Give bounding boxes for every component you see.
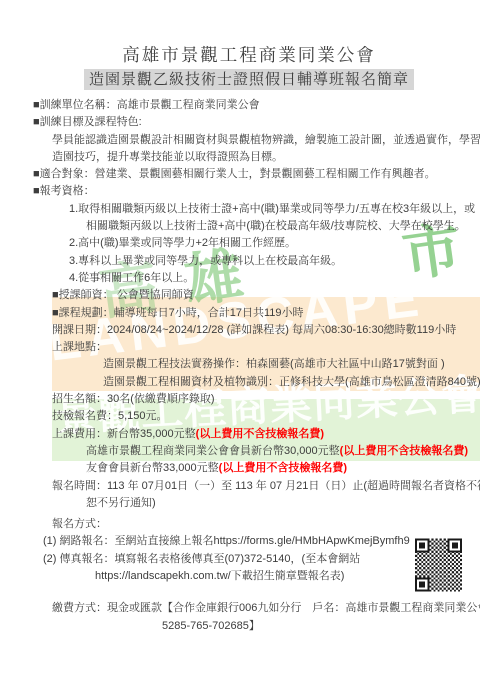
line-qualification-1b: 相關職類丙級以上技術士證+高中(職)在校最高年級/技專院校、大學在校學生。 <box>33 218 465 235</box>
association-website-link[interactable]: https://landscapekh.com.tw/ <box>95 570 231 582</box>
line-signup-time-1: 報名時間：113 年 07月01日（一）至 113 年 07 月21日（日）止(… <box>33 478 465 495</box>
line-bank-account: 5285-765-702685】 <box>33 618 465 635</box>
line-fee-1: 上課費用：新台幣35,000元整(以上費用不含技檢報名費) <box>33 426 465 443</box>
fee-1-note: (以上費用不含技檢報名費) <box>196 428 324 440</box>
line-signup-header: 報名方式： <box>33 516 465 533</box>
line-signup-fax-2: https://landscapekh.com.tw/下載招生簡章暨報名表) <box>33 568 465 585</box>
line-qualification-1a: 1.取得相關職類丙級以上技術士證+高中(職)畢業或同等學力/五專在校3年級以上，… <box>33 201 465 218</box>
line-fee-2: 高雄市景觀工程商業同業公會會員新台幣30,000元整(以上費用不含技檢報名費) <box>33 443 465 460</box>
line-exam-fee: 技檢報名費：5,150元。 <box>33 408 465 425</box>
line-location-2: 造園景觀工程相關資材及植物識別：正修科技大學(高雄市鳥松區澄清路840號) <box>33 374 465 391</box>
line-goal-1: 學員能認識造園景觀設計相關資材與景觀植物辨識，繪製施工設計圖，並透過實作，學習 <box>33 132 465 149</box>
line-teachers: ■授課師資： 公會暨協同師資 <box>33 287 465 304</box>
page-subtitle: 造園景觀乙級技術士證照假日輔導班報名簡章 <box>84 69 414 90</box>
line-training-unit: ■訓練單位名稱：高雄市景觀工程商業同業公會 <box>33 97 465 114</box>
line-fee-3: 友會會員新台幣33,000元整(以上費用不含技檢報名費) <box>33 460 465 477</box>
fee-2-note: (以上費用不含技檢報名費) <box>340 445 468 457</box>
line-quota: 招生名額：30名(依繳費順序錄取) <box>33 391 465 408</box>
line-payment-method: 繳費方式：現金或匯款【合作金庫銀行006九如分行 戶名：高雄市景觀工程商業同業公… <box>33 600 465 617</box>
fee-3-note: (以上費用不含技檢報名費) <box>219 462 347 474</box>
line-qualification-2: 2.高中(職)畢業或同等學力+2年相關工作經歷。 <box>33 235 465 252</box>
line-qualification-header: ■報考資格： <box>33 183 465 200</box>
subtitle-row: 造園景觀乙級技術士證照假日輔導班報名簡章 <box>33 69 465 93</box>
fee-3-text: 友會會員新台幣33,000元整 <box>86 462 219 474</box>
signup-fax-suffix: 下載招生簡章暨報名表) <box>231 570 345 582</box>
line-schedule: 開課日期：2024/08/24~2024/12/28 (詳如課程表) 每周六08… <box>33 322 465 339</box>
enrollment-flyer: 高 雄 市 LANDSCAPE 景觀工程商業同業公會 高雄市景觀工程商業同業公會… <box>0 0 480 678</box>
line-course-plan: ■課程規劃：輔導班每日7小時，合計17日共119小時 <box>33 305 465 322</box>
page-title: 高雄市景觀工程商業同業公會 <box>33 44 465 67</box>
qr-code <box>415 538 462 592</box>
line-goal-2: 造園技巧，提升專業技能並以取得證照為目標。 <box>33 149 465 166</box>
signup-online-label: (1) 網路報名：至網站直接線上報名 <box>43 535 214 547</box>
fee-2-text: 高雄市景觀工程商業同業公會會員新台幣30,000元整 <box>86 445 340 457</box>
registration-form-link[interactable]: https://forms.gle/HMbHApwKmejBymfh9 <box>214 535 410 547</box>
line-goal-header: ■訓練目標及課程特色: <box>33 114 465 131</box>
line-signup-time-2: 恕不另行通知) <box>33 495 465 512</box>
line-location-header: 上課地點： <box>33 339 465 356</box>
line-signup-fax: (2) 傳真報名：填寫報名表格後傳真至(07)372-5140，(至本會網站 <box>33 551 465 568</box>
line-location-1: 造園景觀工程技法實務操作：柏森園藝(高雄市大社區中山路17號對面 ) <box>33 356 465 373</box>
line-signup-online: (1) 網路報名：至網站直接線上報名https://forms.gle/HMbH… <box>33 533 465 550</box>
fee-1-text: 上課費用：新台幣35,000元整 <box>52 428 196 440</box>
document-body: 高雄市景觀工程商業同業公會 造園景觀乙級技術士證照假日輔導班報名簡章 ■訓練單位… <box>0 0 480 635</box>
line-qualification-3: 3.專科以上畢業或同等學力，或專科以上在校最高年級。 <box>33 253 465 270</box>
line-qualification-4: 4.從事相關工作6年以上。 <box>33 270 465 287</box>
line-target-audience: ■適合對象：營建業、景觀園藝相關行業人士，對景觀園藝工程相關工作有興趣者。 <box>33 166 465 183</box>
